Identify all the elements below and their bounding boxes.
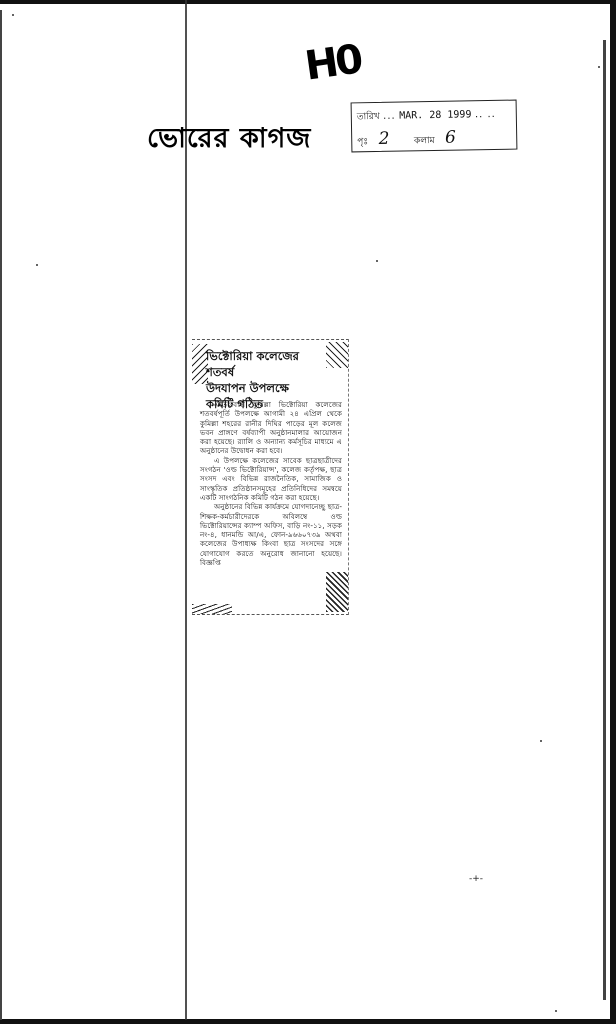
stamp-date-row: তারিখ ... MAR. 28 1999 .. .. [357,107,496,124]
headline-line: ভিক্টোরিয়া কলেজের শতবর্ষ [206,348,326,380]
scan-speck [36,264,38,266]
clipping-paragraph: ঐতিহ্যবাহী কুমিল্লা ভিক্টোরিয়া কলেজের শ… [200,400,342,456]
stamp-column-value: 6 [445,128,456,148]
headline-line: উদযাপন উপলক্ষে [206,380,326,396]
newspaper-name: ভোরের কাগজ [147,118,311,163]
scan-speck [376,260,378,262]
clipping-paragraph: এ উপলক্ষে কলেজের সাবেক ছাত্রছাত্রীদের সং… [200,456,342,502]
clipping-body: ঐতিহ্যবাহী কুমিল্লা ভিক্টোরিয়া কলেজের শ… [200,400,342,567]
scan-speck [598,66,600,68]
scan-speck [555,1010,557,1012]
stamp-page-value: 2 [378,129,389,149]
stamp-date-label: তারিখ [357,112,380,122]
stamp-column-label: কলাম [414,136,435,146]
scan-border-right [610,0,616,1024]
clipping-hatch-mark [326,342,348,368]
clipping-paragraph: অনুষ্ঠানের বিভিন্ন কার্যক্রমে যোগদানেচ্ছ… [200,502,342,567]
scan-mark: -+- [469,874,483,884]
handwritten-code: H0 [302,36,363,89]
clipping-hatch-mark [326,572,348,612]
scan-speck [12,14,14,16]
scan-border-bottom [0,1019,616,1024]
stamp-dots: ... [383,111,396,122]
stamp-page-label: পৃঃ [357,137,368,147]
stamp-page-row: পৃঃ 2 কলাম 6 [357,128,456,150]
stamp-date-value: MAR. 28 1999 [399,109,471,121]
stamp-dots: .. .. [475,109,496,120]
scan-speck [540,740,542,742]
scan-border-left [0,10,2,1020]
clipping-hatch-mark [192,604,232,614]
scan-border-top [0,0,616,4]
page-edge-shadow [603,40,606,1000]
newspaper-clipping: ভিক্টোরিয়া কলেজের শতবর্ষ উদযাপন উপলক্ষে… [192,339,349,615]
date-stamp: তারিখ ... MAR. 28 1999 .. .. পৃঃ 2 কলাম … [351,100,518,153]
